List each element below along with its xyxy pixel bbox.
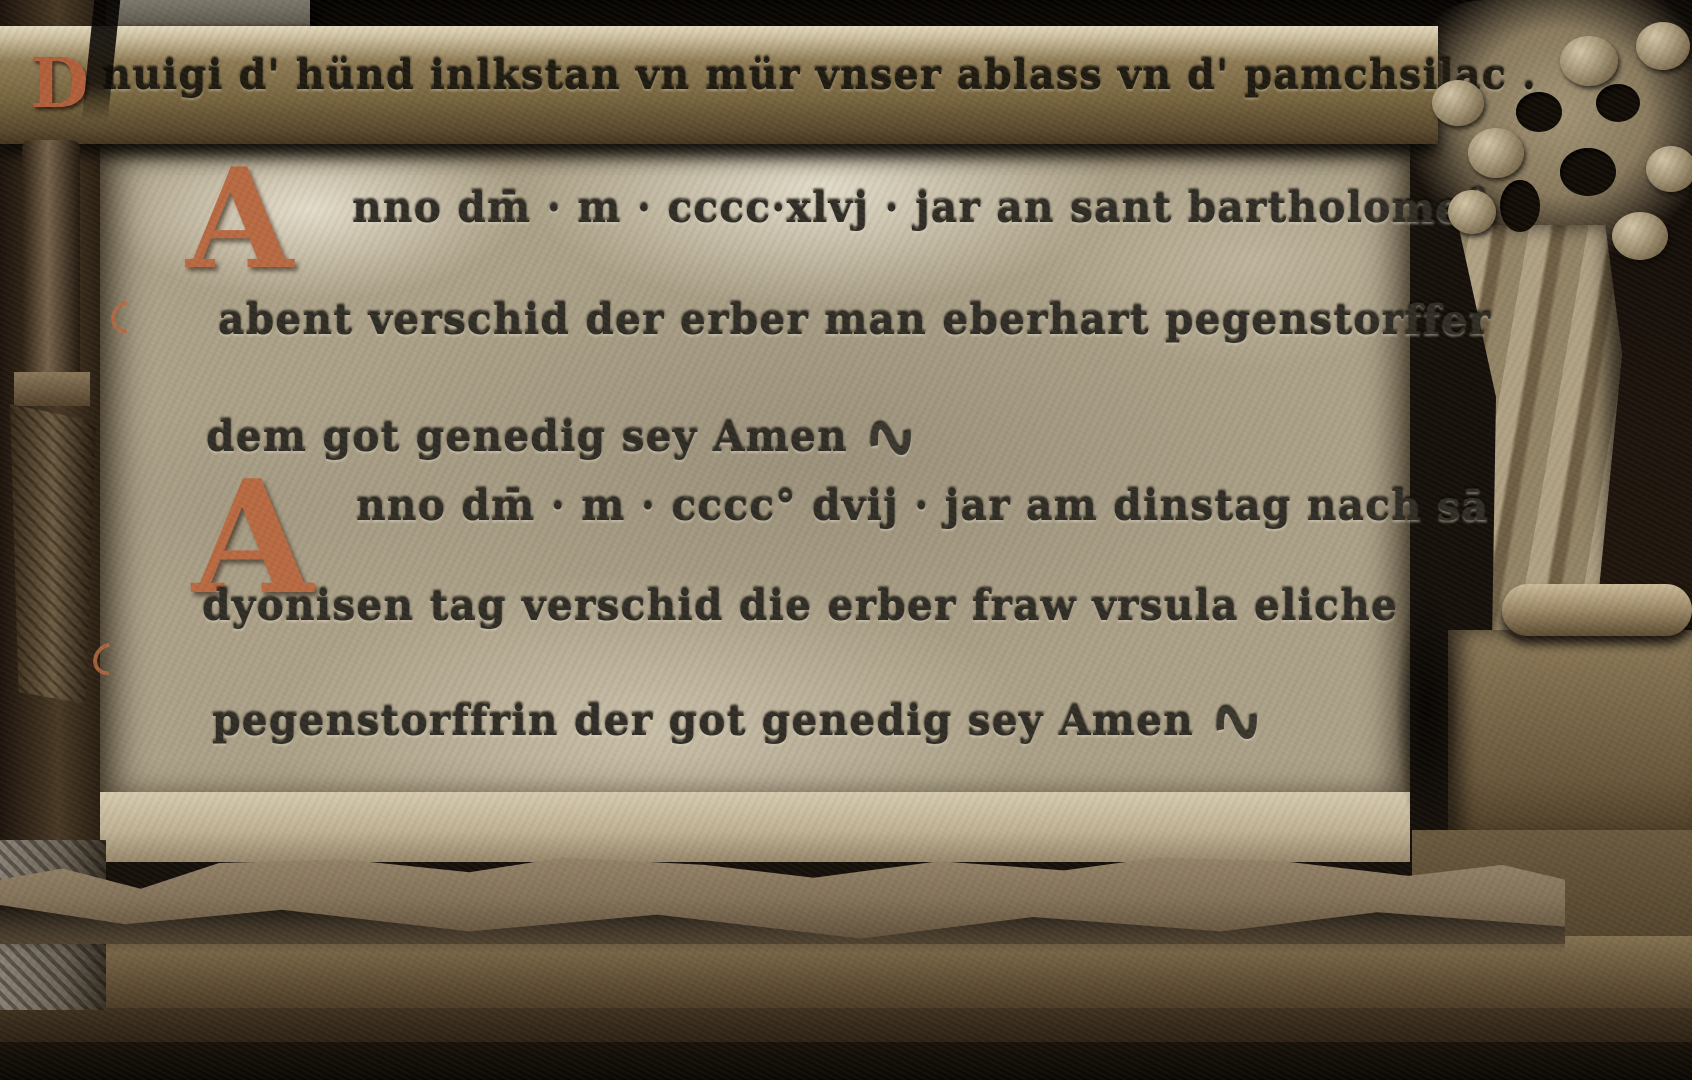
finial-knob <box>1448 190 1496 234</box>
plaque-column-gap-shadow <box>1392 560 1462 860</box>
line-5-text: dyonisen tag verschid die erber fraw vrs… <box>202 582 1398 630</box>
column-torus-molding <box>1502 584 1692 636</box>
epitaph-photo: D nuigi d' hünd inlkstan vn mür vnser ab… <box>0 0 1692 1080</box>
flourish-mark: ∿ <box>856 395 924 480</box>
bottom-molding-band-3 <box>0 1042 1692 1080</box>
finial-knob <box>1636 22 1690 70</box>
red-paint-curl <box>105 294 150 339</box>
top-rail: D nuigi d' hünd inlkstan vn mür vnser ab… <box>0 26 1438 144</box>
inscription-line-2: abent verschid der erber man eberhart pe… <box>218 296 1491 344</box>
finial-opening <box>1560 148 1616 196</box>
finial-opening <box>1596 84 1640 122</box>
finial-knob <box>1612 212 1668 260</box>
pinnacle-gable <box>10 404 96 704</box>
inscription-line-3: dem got genedig sey Amen∿ <box>206 392 915 467</box>
border-red-initial: D <box>30 44 89 124</box>
line-4-text: nno dm̄ · m · cccc° dvij · jar am dinsta… <box>356 482 1489 530</box>
pinnacle-shaft <box>22 140 80 390</box>
finial-opening <box>1516 92 1562 132</box>
line-3-text: dem got genedig sey Amen <box>206 413 848 461</box>
inscription-line-4: nno dm̄ · m · cccc° dvij · jar am dinsta… <box>356 482 1489 530</box>
inscription-line-6: pegenstorffrin der got genedig sey Amen∿ <box>212 676 1262 751</box>
finial-knob <box>1646 146 1692 192</box>
red-initial-A1: A <box>186 150 293 288</box>
finial-opening <box>1500 180 1540 232</box>
finial-knob <box>1560 36 1618 86</box>
line-6-text: pegenstorffrin der got genedig sey Amen <box>212 697 1194 745</box>
stone-plaque: A A nno dm̄ · m · cccc·xlvj · jar an san… <box>100 142 1410 810</box>
inscription-line-1: nno dm̄ · m · cccc·xlvj · jar an sant ba… <box>352 184 1488 232</box>
flourish-mark: ∿ <box>1202 679 1270 764</box>
line-2-text: abent verschid der erber man eberhart pe… <box>218 296 1491 344</box>
pinnacle-capital <box>14 372 90 406</box>
border-inscription-text: nuigi d' hünd inlkstan vn mür vnser abla… <box>102 52 1537 99</box>
finial-knob <box>1468 128 1524 178</box>
column-base-upper <box>1448 630 1692 840</box>
bottom-molding-band-2 <box>0 1008 1692 1044</box>
inscription-line-5: dyonisen tag verschid die erber fraw vrs… <box>202 582 1398 630</box>
finial-knob <box>1432 80 1484 126</box>
line-1-text: nno dm̄ · m · cccc·xlvj · jar an sant ba… <box>352 184 1463 232</box>
plaque-lower-edge <box>100 792 1410 862</box>
